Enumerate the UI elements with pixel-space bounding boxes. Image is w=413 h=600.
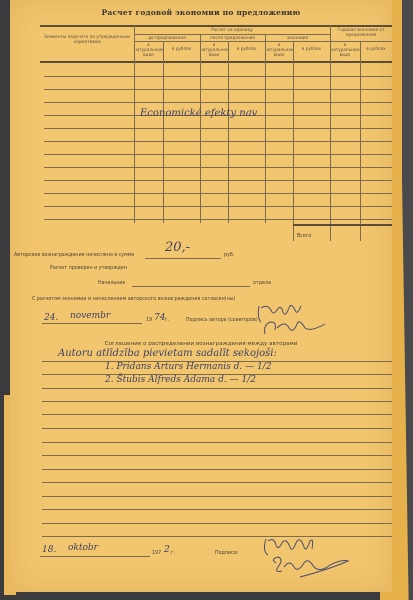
signatures-label: Подписи: xyxy=(215,551,238,556)
header-natural: в натуральном виде xyxy=(200,42,228,57)
reward-currency: руб. xyxy=(224,253,234,258)
row-line xyxy=(44,141,392,142)
header-saving: экономия xyxy=(265,35,330,40)
header-natural: в натуральном виде xyxy=(134,42,163,57)
author-signature xyxy=(255,298,335,338)
col-line xyxy=(228,41,229,223)
date1-year-end: г. xyxy=(165,318,169,323)
date2-month: oktobr xyxy=(68,543,98,553)
date2-year-end: г. xyxy=(171,551,175,556)
signatures xyxy=(260,533,360,581)
reward-underline xyxy=(145,258,221,259)
header-annual: Годовая экономия от предложения xyxy=(331,27,391,37)
row-line xyxy=(44,167,392,168)
date1-year-prefix: 19 xyxy=(146,318,152,323)
ruled-line xyxy=(42,455,392,456)
header-rubles: в рублях xyxy=(163,46,200,51)
document-page: Расчет годовой экономии по предложению Э… xyxy=(10,0,392,592)
row-line xyxy=(44,154,392,155)
calc-verified-label: Расчет проверен и утвержден xyxy=(50,266,127,271)
ruled-line xyxy=(42,388,392,389)
ruled-line xyxy=(42,482,392,483)
header-rubles: в рублях xyxy=(360,46,392,51)
ruled-line xyxy=(42,428,392,429)
ruled-line xyxy=(42,469,392,470)
ruled-line xyxy=(42,442,392,443)
date1-month: novembr xyxy=(70,311,110,321)
ruled-line xyxy=(42,496,392,497)
handwritten-table-entry: Economické efekty nav xyxy=(140,108,257,119)
header-rubles: в рублях xyxy=(293,46,330,51)
total-line xyxy=(293,224,392,226)
head-suffix: отдела xyxy=(253,281,271,286)
date2-year-prefix: 197 xyxy=(152,551,161,556)
date1-day: 24. xyxy=(44,313,58,323)
row-line xyxy=(44,76,392,77)
row-line xyxy=(44,128,392,129)
ruled-line xyxy=(42,509,392,510)
header-natural: в натуральном виде xyxy=(330,42,360,57)
document-title: Расчет годовой экономии по предложению xyxy=(10,8,392,17)
agreement-line-3: 2. Štubis Alfreds Adama d. — 1/2 xyxy=(105,375,256,385)
agreement-line-1: Autoru atlīdzība pievietam sadalīt sekoj… xyxy=(58,348,277,359)
row-line xyxy=(44,89,392,90)
author-signature-label: Подпись автора (соавторов) xyxy=(186,318,258,323)
ruled-line xyxy=(42,401,392,402)
header-group-main: Расчет на единицу xyxy=(134,27,330,32)
header-after: после предложения xyxy=(200,35,265,40)
header-first-col: Элементы подсчета по утвержденным нормат… xyxy=(42,34,132,44)
ruled-line xyxy=(42,414,392,415)
col-line xyxy=(163,41,164,223)
header-before: до предложения xyxy=(134,35,200,40)
agreement-title: Соглашение о распределении вознаграждени… xyxy=(10,341,392,347)
consent-label: С расчетом экономии и начислением авторс… xyxy=(32,297,235,302)
row-line xyxy=(44,219,392,220)
row-line xyxy=(44,102,392,103)
reward-amount: 20,- xyxy=(165,240,190,255)
total-label: Всего xyxy=(297,234,311,239)
header-bottom-border xyxy=(40,61,392,63)
header-natural: в натуральном виде xyxy=(265,42,293,57)
head-label: Начальник xyxy=(98,281,125,286)
date1-year: 74 xyxy=(154,313,165,323)
date2-year: 2 xyxy=(164,545,170,555)
row-line xyxy=(44,193,392,194)
ruled-line xyxy=(42,523,392,524)
row-line xyxy=(44,180,392,181)
col-line xyxy=(330,25,331,241)
agreement-line-2: 1. Pridans Arturs Hermanis d. — 1/2 xyxy=(105,362,271,372)
date2-underline xyxy=(40,556,150,557)
reward-label: Авторское вознаграждение начислено в сум… xyxy=(14,253,134,258)
date1-underline xyxy=(42,323,142,324)
date2-day: 18. xyxy=(42,545,56,555)
row-line xyxy=(44,206,392,207)
head-underline xyxy=(132,286,250,287)
header-rubles: в рублях xyxy=(228,46,265,51)
